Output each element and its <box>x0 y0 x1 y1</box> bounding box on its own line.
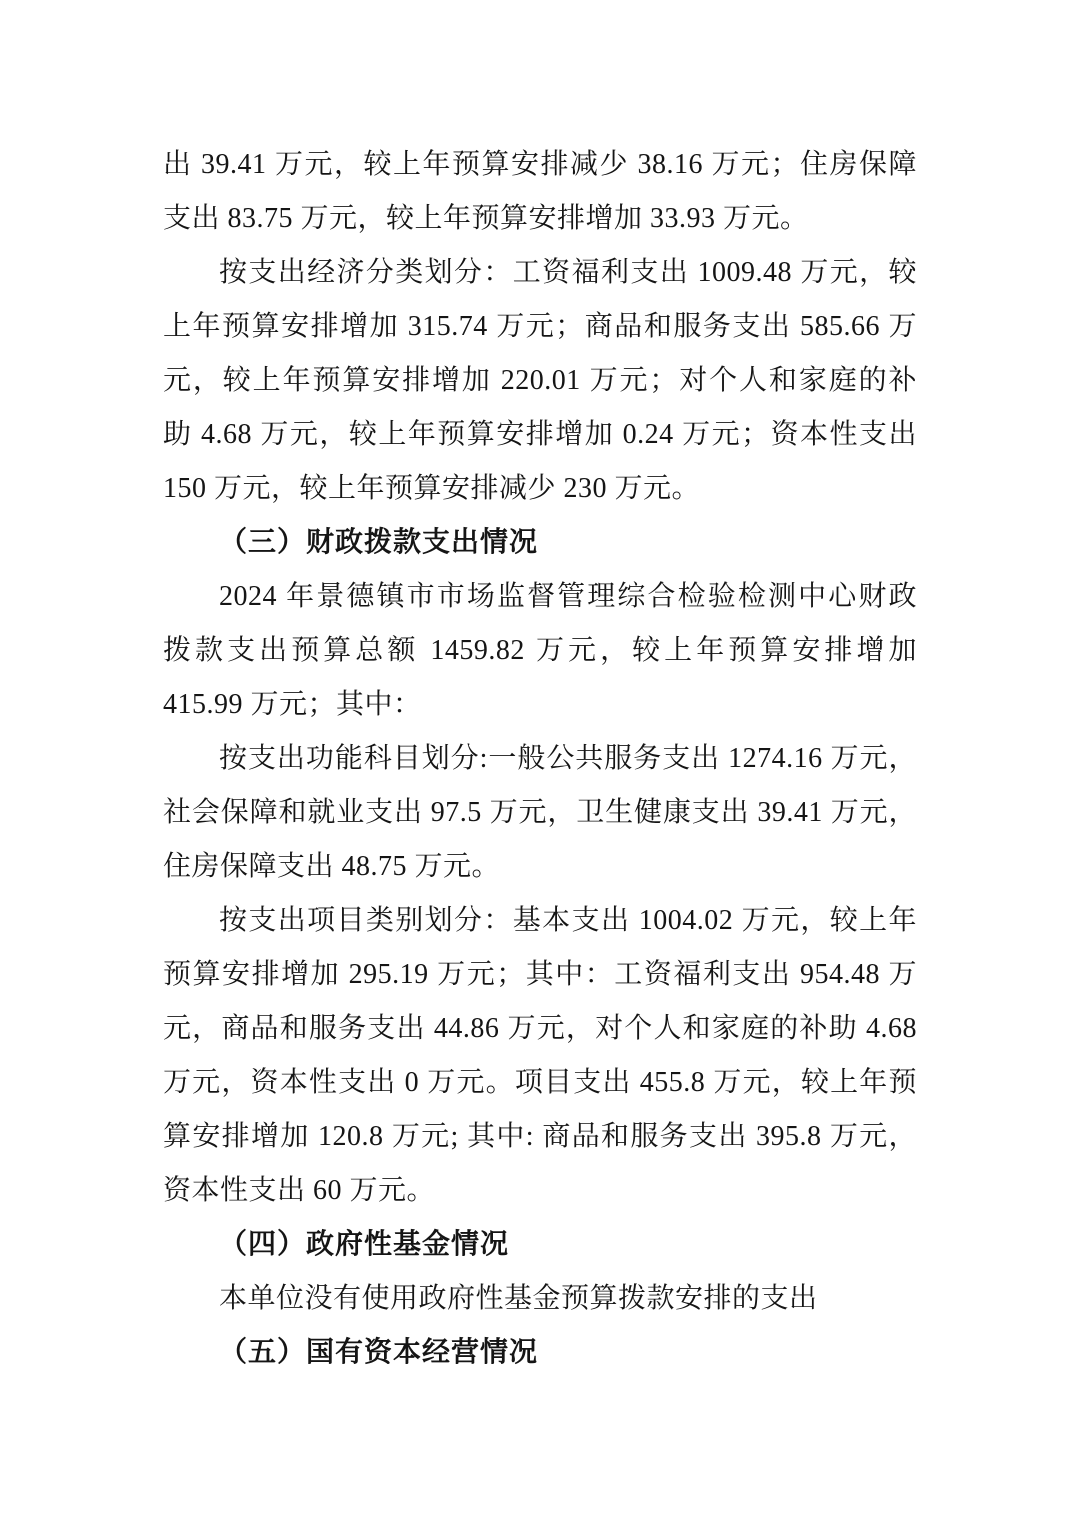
document-line: 支出 83.75 万元，较上年预算安排增加 33.93 万元。 <box>163 192 917 246</box>
document-line: 万元，资本性支出 0 万元。项目支出 455.8 万元，较上年预 <box>163 1056 917 1110</box>
document-line: 拨款支出预算总额 1459.82 万元，较上年预算安排增加 <box>163 624 917 678</box>
document-body: 出 39.41 万元，较上年预算安排减少 38.16 万元；住房保障支出 83.… <box>163 138 917 1380</box>
document-line: 150 万元，较上年预算安排减少 230 万元。 <box>163 462 917 516</box>
document-line: 上年预算安排增加 315.74 万元；商品和服务支出 585.66 万 <box>163 300 917 354</box>
document-line: 2024 年景德镇市市场监督管理综合检验检测中心财政 <box>163 570 917 624</box>
section-heading: （五）国有资本经营情况 <box>163 1326 917 1380</box>
document-line: 按支出经济分类划分：工资福利支出 1009.48 万元，较 <box>163 246 917 300</box>
document-line: 415.99 万元；其中： <box>163 678 917 732</box>
document-line: 出 39.41 万元，较上年预算安排减少 38.16 万元；住房保障 <box>163 138 917 192</box>
document-line: 本单位没有使用政府性基金预算拨款安排的支出 <box>163 1272 917 1326</box>
document-line: 按支出项目类别划分：基本支出 1004.02 万元，较上年 <box>163 894 917 948</box>
document-line: 助 4.68 万元，较上年预算安排增加 0.24 万元；资本性支出 <box>163 408 917 462</box>
document-line: 社会保障和就业支出 97.5 万元，卫生健康支出 39.41 万元， <box>163 786 917 840</box>
document-line: 元，较上年预算安排增加 220.01 万元；对个人和家庭的补 <box>163 354 917 408</box>
section-heading: （三）财政拨款支出情况 <box>163 516 917 570</box>
document-line: 住房保障支出 48.75 万元。 <box>163 840 917 894</box>
document-line: 按支出功能科目划分:一般公共服务支出 1274.16 万元， <box>163 732 917 786</box>
document-line: 元，商品和服务支出 44.86 万元，对个人和家庭的补助 4.68 <box>163 1002 917 1056</box>
document-line: 资本性支出 60 万元。 <box>163 1164 917 1218</box>
document-line: 算安排增加 120.8 万元; 其中: 商品和服务支出 395.8 万元， <box>163 1110 917 1164</box>
document-line: 预算安排增加 295.19 万元；其中：工资福利支出 954.48 万 <box>163 948 917 1002</box>
section-heading: （四）政府性基金情况 <box>163 1218 917 1272</box>
document-page: 出 39.41 万元，较上年预算安排减少 38.16 万元；住房保障支出 83.… <box>0 0 1074 1520</box>
